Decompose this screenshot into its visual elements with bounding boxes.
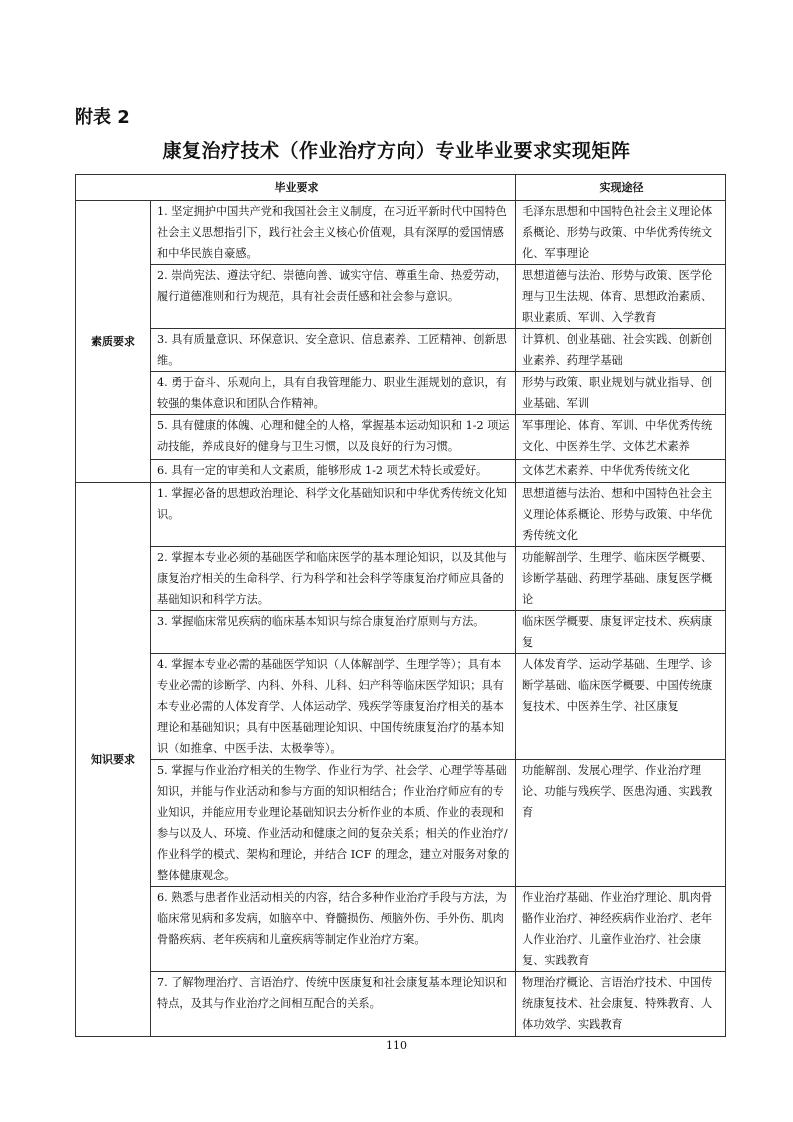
pathway-cell: 思想道德与法治、想和中国特色社会主义理论体系概论、形势与政策、中华优秀传统文化: [516, 483, 726, 547]
requirement-cell: 1. 掌握必备的思想政治理论、科学文化基础知识和中华优秀传统文化知识。: [151, 483, 516, 547]
graduation-requirements-matrix: 毕业要求 实现途径 素质要求1. 坚定拥护中国共产党和我国社会主义制度，在习近平…: [75, 174, 726, 1037]
table-row: 3. 具有质量意识、环保意识、安全意识、信息素养、工匠精神、创新思维。计算机、创…: [76, 329, 726, 372]
table-row: 4. 勇于奋斗、乐观向上，具有自我管理能力、职业生涯规划的意识，有较强的集体意识…: [76, 372, 726, 415]
pathway-cell: 计算机、创业基础、社会实践、创新创业素养、药理学基础: [516, 329, 726, 372]
pathway-cell: 作业治疗基础、作业治疗理论、肌肉骨骼作业治疗、神经疾病作业治疗、老年人作业治疗、…: [516, 887, 726, 972]
table-row: 6. 熟悉与患者作业活动相关的内容，结合多种作业治疗手段与方法，为临床常见病和多…: [76, 887, 726, 972]
table-row: 2. 崇尚宪法、遵法守纪、崇德向善、诚实守信、尊重生命、热爱劳动，履行道德准则和…: [76, 265, 726, 329]
pathway-cell: 文体艺术素养、中华优秀传统文化: [516, 460, 726, 483]
pathway-cell: 军事理论、体育、军训、中华优秀传统文化、中医养生学、文体艺术素养: [516, 415, 726, 460]
requirement-cell: 3. 掌握临床常见疾病的临床基本知识与综合康复治疗原则与方法。: [151, 611, 516, 654]
table-row: 5. 具有健康的体魄、心理和健全的人格，掌握基本运动知识和 1-2 项运动技能，…: [76, 415, 726, 460]
header-pathway: 实现途径: [516, 175, 726, 201]
table-row: 7. 了解物理治疗、言语治疗、传统中医康复和社会康复基本理论知识和特点，及其与作…: [76, 972, 726, 1037]
requirement-cell: 1. 坚定拥护中国共产党和我国社会主义制度，在习近平新时代中国特色社会主义思想指…: [151, 201, 516, 265]
table-row: 2. 掌握本专业必须的基础医学和临床医学的基本理论知识，以及其他与康复治疗相关的…: [76, 547, 726, 611]
requirement-cell: 5. 掌握与作业治疗相关的生物学、作业行为学、社会学、心理学等基础知识，并能与作…: [151, 760, 516, 887]
table-row: 3. 掌握临床常见疾病的临床基本知识与综合康复治疗原则与方法。临床医学概要、康复…: [76, 611, 726, 654]
requirement-cell: 7. 了解物理治疗、言语治疗、传统中医康复和社会康复基本理论知识和特点，及其与作…: [151, 972, 516, 1037]
category-cell: 素质要求: [76, 201, 151, 483]
requirement-cell: 3. 具有质量意识、环保意识、安全意识、信息素养、工匠精神、创新思维。: [151, 329, 516, 372]
pathway-cell: 功能解剖学、生理学、临床医学概要、诊断学基础、药理学基础、康复医学概论: [516, 547, 726, 611]
requirement-cell: 4. 勇于奋斗、乐观向上，具有自我管理能力、职业生涯规划的意识，有较强的集体意识…: [151, 372, 516, 415]
table-row: 5. 掌握与作业治疗相关的生物学、作业行为学、社会学、心理学等基础知识，并能与作…: [76, 760, 726, 887]
pathway-cell: 功能解剖、发展心理学、作业治疗理论、功能与残疾学、医患沟通、实践教育: [516, 760, 726, 887]
table-body: 素质要求1. 坚定拥护中国共产党和我国社会主义制度，在习近平新时代中国特色社会主…: [76, 201, 726, 1037]
table-row: 知识要求1. 掌握必备的思想政治理论、科学文化基础知识和中华优秀传统文化知识。思…: [76, 483, 726, 547]
appendix-label: 附表 2: [75, 103, 130, 129]
requirement-cell: 6. 熟悉与患者作业活动相关的内容，结合多种作业治疗手段与方法，为临床常见病和多…: [151, 887, 516, 972]
pathway-cell: 物理治疗概论、言语治疗技术、中国传统康复技术、社会康复、特殊教育、人体功效学、实…: [516, 972, 726, 1037]
requirement-cell: 5. 具有健康的体魄、心理和健全的人格，掌握基本运动知识和 1-2 项运动技能，…: [151, 415, 516, 460]
page-number: 110: [0, 1039, 793, 1052]
pathway-cell: 临床医学概要、康复评定技术、疾病康复: [516, 611, 726, 654]
table-row: 4. 掌握本专业必需的基础医学知识（人体解剖学、生理学等）；具有本专业必需的诊断…: [76, 654, 726, 760]
table-header-row: 毕业要求 实现途径: [76, 175, 726, 201]
table-row: 素质要求1. 坚定拥护中国共产党和我国社会主义制度，在习近平新时代中国特色社会主…: [76, 201, 726, 265]
requirement-cell: 2. 掌握本专业必须的基础医学和临床医学的基本理论知识，以及其他与康复治疗相关的…: [151, 547, 516, 611]
pathway-cell: 人体发育学、运动学基础、生理学、诊断学基础、临床医学概要、中国传统康复技术、中医…: [516, 654, 726, 760]
header-requirements: 毕业要求: [76, 175, 516, 201]
requirement-cell: 4. 掌握本专业必需的基础医学知识（人体解剖学、生理学等）；具有本专业必需的诊断…: [151, 654, 516, 760]
table-row: 6. 具有一定的审美和人文素质，能够形成 1-2 项艺术特长或爱好。文体艺术素养…: [76, 460, 726, 483]
requirement-cell: 6. 具有一定的审美和人文素质，能够形成 1-2 项艺术特长或爱好。: [151, 460, 516, 483]
category-cell: 知识要求: [76, 483, 151, 1037]
pathway-cell: 毛泽东思想和中国特色社会主义理论体系概论、形势与政策、中华优秀传统文化、军事理论: [516, 201, 726, 265]
document-title: 康复治疗技术（作业治疗方向）专业毕业要求实现矩阵: [0, 136, 793, 163]
pathway-cell: 形势与政策、职业规划与就业指导、创业基础、军训: [516, 372, 726, 415]
requirement-cell: 2. 崇尚宪法、遵法守纪、崇德向善、诚实守信、尊重生命、热爱劳动，履行道德准则和…: [151, 265, 516, 329]
pathway-cell: 思想道德与法治、形势与政策、医学伦理与卫生法规、体育、思想政治素质、职业素质、军…: [516, 265, 726, 329]
